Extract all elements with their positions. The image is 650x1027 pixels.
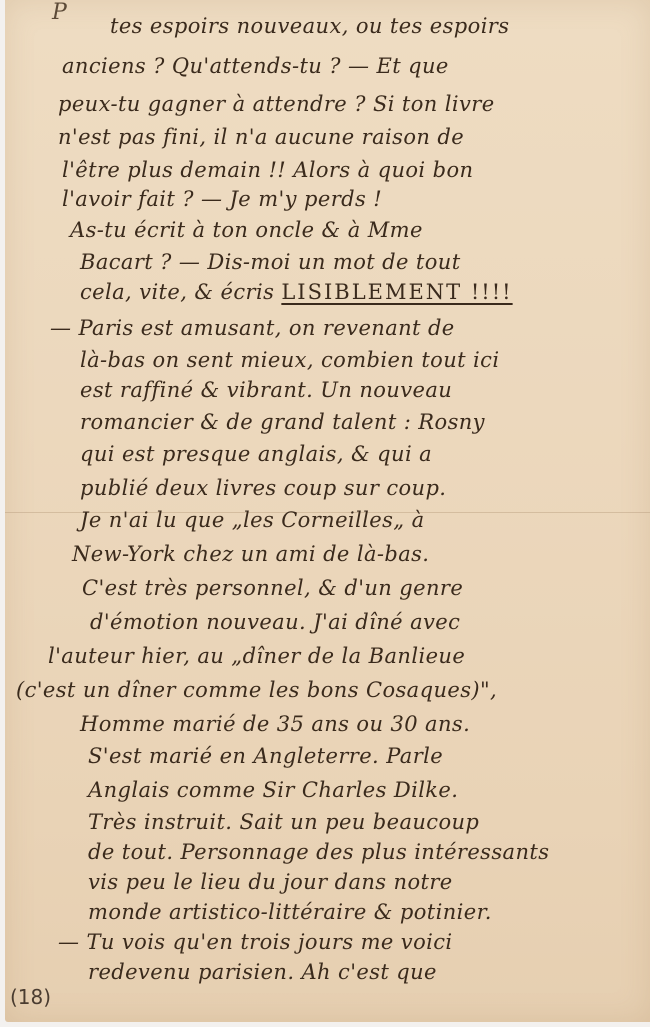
letter-line-4: n'est pas fini, il n'a aucune raison de [58, 125, 464, 149]
letter-line-2: anciens ? Qu'attends-tu ? — Et que [62, 54, 449, 78]
letter-line-12: est raffiné & vibrant. Un nouveau [80, 378, 452, 402]
letter-line-3: peux-tu gagner à attendre ? Si ton livre [58, 92, 495, 116]
letter-line-25: Très instruit. Sait un peu beaucoup [88, 810, 479, 834]
letter-line-22: Homme marié de 35 ans ou 30 ans. [80, 712, 470, 736]
letter-line-19: d'émotion nouveau. J'ai dîné avec [90, 610, 460, 634]
letter-line-23: S'est marié en Angleterre. Parle [88, 744, 443, 768]
letter-line-28: monde artistico-littéraire & potinier. [88, 900, 492, 924]
page-mark: P [52, 0, 67, 25]
letter-line-5: l'être plus demain !! Alors à quoi bon [62, 158, 473, 182]
letter-line-26: de tout. Personnage des plus intéressant… [88, 840, 549, 864]
letter-line-11: là-bas on sent mieux, combien tout ici [80, 348, 499, 372]
letter-line-7: As-tu écrit à ton oncle & à Mme [70, 218, 423, 242]
letter-line-29: — Tu vois qu'en trois jours me voici [58, 930, 453, 954]
letter-line-8: Bacart ? — Dis-moi un mot de tout [80, 250, 461, 274]
letter-line-24: Anglais comme Sir Charles Dilke. [88, 778, 458, 802]
letter-line-1: tes espoirs nouveaux, ou tes espoirs [110, 14, 509, 38]
letter-line-10: — Paris est amusant, on revenant de [50, 316, 455, 340]
letter-line-9-text: cela, vite, & écris [80, 280, 274, 304]
emphasis-lisiblement: LISIBLEMENT !!!! [281, 280, 512, 304]
letter-line-13: romancier & de grand talent : Rosny [80, 410, 485, 434]
letter-line-16: Je n'ai lu que „les Corneilles„ à [80, 508, 425, 532]
letter-line-14: qui est presque anglais, & qui a [80, 442, 432, 466]
letter-line-17: New-York chez un ami de là-bas. [72, 542, 429, 566]
letter-line-18: C'est très personnel, & d'un genre [82, 576, 463, 600]
letter-line-6: l'avoir fait ? — Je m'y perds ! [62, 187, 382, 211]
letter-line-9: cela, vite, & écris LISIBLEMENT !!!! [80, 280, 513, 304]
letter-line-27: vis peu le lieu du jour dans notre [88, 870, 453, 894]
letter-line-15: publié deux livres coup sur coup. [80, 476, 446, 500]
letter-line-20: l'auteur hier, au „dîner de la Banlieue [48, 644, 465, 668]
letter-line-30: redevenu parisien. Ah c'est que [88, 960, 437, 984]
letter-line-21: (c'est un dîner comme les bons Cosaques)… [16, 678, 497, 702]
folio-number: (18) [10, 985, 51, 1009]
